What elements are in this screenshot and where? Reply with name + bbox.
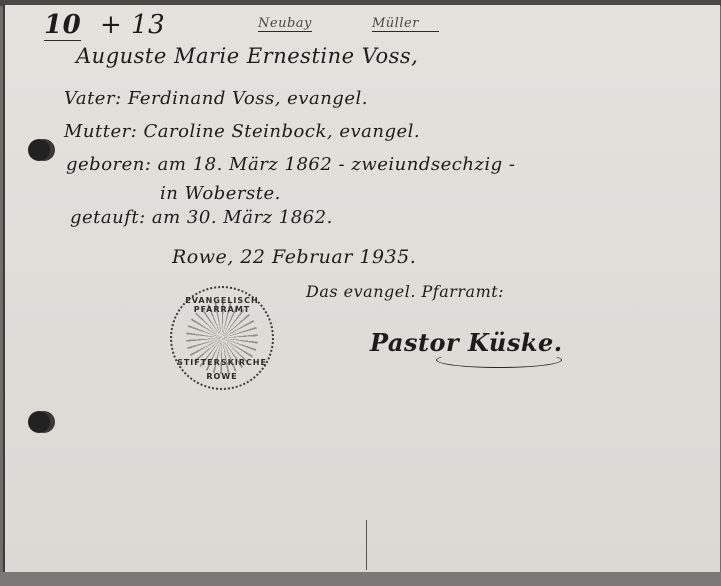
office-line: Das evangel. Pfarramt: [306,282,504,301]
punch-hole-icon [28,411,50,433]
scan-frame-bottom [0,572,721,586]
church-seal-stamp: EVANGELISCH PFARRAMT STIFTERSKIRCHE ROWE [170,286,274,390]
seal-bottom-text-2: ROWE [172,372,272,381]
mother-line: Mutter: Caroline Steinbock, evangel. [64,121,420,142]
born-line: geboren: am 18. März 1862 - zweiundsechz… [66,154,515,175]
name-line: Auguste Marie Ernestine Voss, [76,44,418,68]
record-addendum: + 13 [100,10,165,40]
signature-flourish [436,352,562,368]
header-label-2: Müller [372,16,439,32]
baptized-line: getauft: am 30. März 1862. [70,207,333,228]
record-number: 10 [44,10,81,41]
seal-top-text: EVANGELISCH PFARRAMT [172,296,272,314]
place-date-line: Rowe, 22 Februar 1935. [172,246,416,268]
born-place-line: in Woberste. [160,183,281,204]
punch-hole-icon [28,139,50,161]
fold-line [366,520,367,570]
father-line: Vater: Ferdinand Voss, evangel. [64,88,368,109]
seal-bottom-text-1: STIFTERSKIRCHE [172,358,272,367]
header-label-1: Neubay [258,16,312,32]
